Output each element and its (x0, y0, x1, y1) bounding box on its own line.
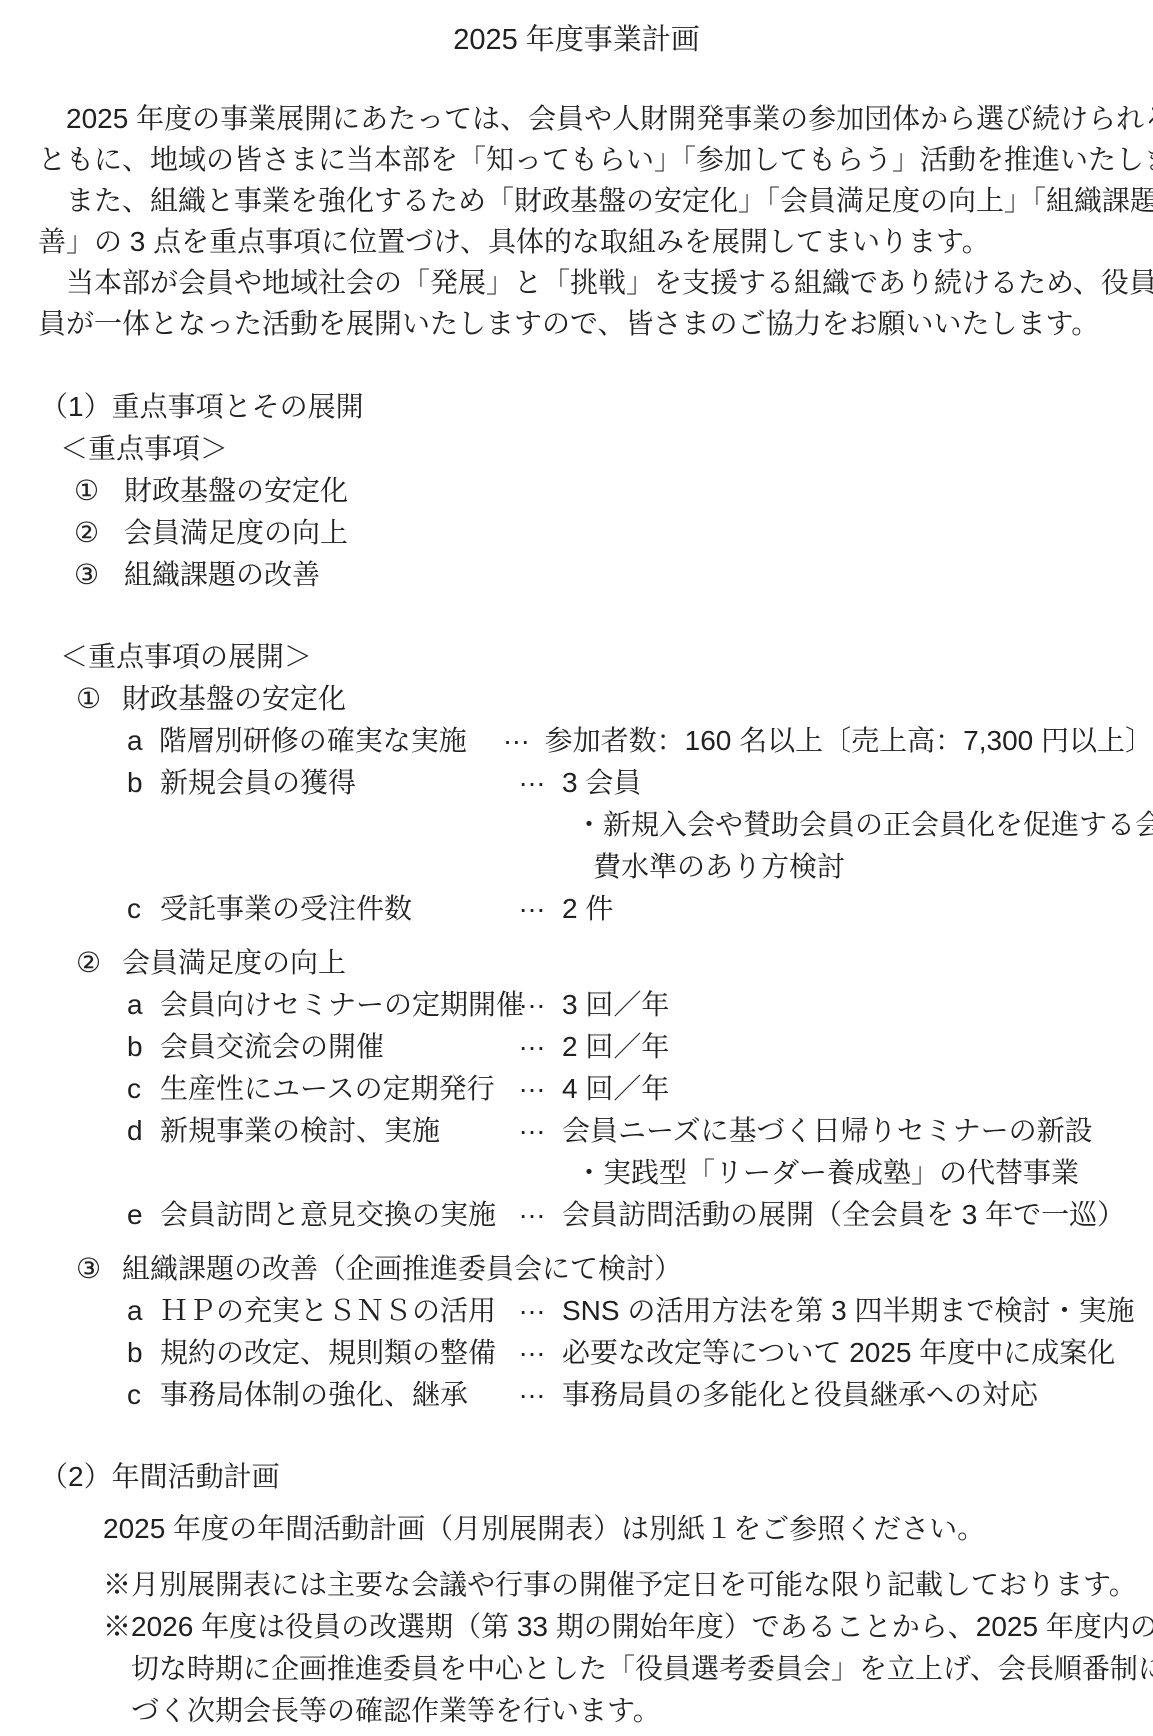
development-header: ＜重点事項の展開＞ (60, 636, 1153, 678)
plan-row: b 新規会員の獲得 … 3 会員 (127, 762, 1153, 804)
plan-row: e 会員訪問と意見交換の実施 … 会員訪問活動の展開（全会員を 3 年で一巡） (127, 1194, 1153, 1236)
paragraph-line: 員が一体となった活動を展開いたしますので、皆さまのご協力をお願いいたします。 (38, 303, 1153, 344)
row-label: 新規事業の検討、実施 (160, 1110, 518, 1152)
paragraph-line: 当本部が会員や地域社会の「発展」と「挑戦」を支援する組織であり続けるため、役員・… (38, 262, 1153, 303)
note-line: ※月別展開表には主要な会議や行事の開催予定日を可能な限り記載しております。 (103, 1564, 1153, 1606)
circled-number: ① (74, 470, 124, 512)
row-letter: a (127, 1290, 160, 1332)
leader-dots: … (518, 1020, 562, 1062)
circled-number: ② (74, 512, 124, 554)
row-letter: a (127, 984, 160, 1026)
document-page: 2025 年度事業計画 2025 年度の事業展開にあたっては、会員や人財開発事業… (0, 0, 1153, 1736)
document-title: 2025 年度事業計画 (0, 0, 1153, 58)
key-item-label: 会員満足度の向上 (124, 512, 348, 554)
plan-row: c 事務局体制の強化、継承 … 事務局員の多能化と役員継承への対応 (127, 1374, 1153, 1416)
row-label: 会員訪問と意見交換の実施 (160, 1194, 518, 1236)
plan-row: c 生産性にユースの定期発行 … 4 回／年 (127, 1068, 1153, 1110)
plan-row: d 新規事業の検討、実施 … 会員ニーズに基づく日帰りセミナーの新設 (127, 1110, 1153, 1152)
paragraph-line: 2025 年度の事業展開にあたっては、会員や人財開発事業の参加団体から選び続けら… (38, 98, 1153, 139)
row-value: 会員ニーズに基づく日帰りセミナーの新設 (562, 1110, 1153, 1152)
row-value: 2 件 (562, 888, 1153, 930)
row-value: 会員訪問活動の展開（全会員を 3 年で一巡） (562, 1194, 1153, 1236)
note-line: ※2026 年度は役員の改選期（第 33 期の開始年度）であることから、2025… (103, 1606, 1153, 1648)
circled-number: ② (76, 942, 122, 984)
group-title-label: 財政基盤の安定化 (122, 678, 346, 720)
row-value: SNS の活用方法を第 3 四半期まで検討・実施 (562, 1290, 1153, 1332)
row-letter: c (127, 1068, 160, 1110)
key-item: ② 会員満足度の向上 (74, 512, 1153, 554)
key-item-label: 財政基盤の安定化 (124, 470, 348, 512)
key-items-header: ＜重点事項＞ (60, 428, 1153, 470)
plan-row: a 会員向けセミナーの定期開催 … 3 回／年 (127, 984, 1153, 1026)
row-letter: e (127, 1194, 160, 1236)
row-value-subline: ・実践型「リーダー養成塾」の代替事業 (575, 1152, 1153, 1194)
key-item: ① 財政基盤の安定化 (74, 470, 1153, 512)
leader-dots: … (518, 1368, 562, 1410)
plan-row: a 階層別研修の確実な実施 … 参加者数：160 名以上〔売上高：7,300 円… (127, 720, 1153, 762)
note-line: 切な時期に企画推進委員を中心とした「役員選考委員会」を立上げ、会長順番制に基 (131, 1648, 1153, 1690)
key-item-label: 組織課題の改善 (124, 554, 320, 596)
row-label: 階層別研修の確実な実施 (159, 720, 503, 762)
row-letter: b (127, 1332, 160, 1374)
paragraph-line: ともに、地域の皆さまに当本部を「知ってもらい」「参加してもらう」活動を推進いたし… (38, 139, 1153, 180)
row-value: 参加者数：160 名以上〔売上高：7,300 円以上〕 (545, 720, 1153, 762)
leader-dots: … (518, 1188, 562, 1230)
row-value: 2 回／年 (562, 1026, 1153, 1068)
section-1-heading: （1）重点事項とその展開 (40, 386, 1153, 428)
row-letter: a (127, 720, 159, 762)
plan-row: c 受託事業の受注件数 … 2 件 (127, 888, 1153, 930)
row-value: 事務局員の多能化と役員継承への対応 (562, 1374, 1153, 1416)
row-letter: c (127, 888, 160, 930)
row-label: ＨＰの充実とＳＮＳの活用 (160, 1290, 518, 1332)
row-letter: b (127, 762, 160, 804)
group-title-label: 組織課題の改善（企画推進委員会にて検討） (122, 1248, 682, 1290)
leader-dots: … (518, 1284, 562, 1326)
row-value: 必要な改定等について 2025 年度中に成案化 (562, 1332, 1153, 1374)
row-label: 規約の改定、規則類の整備 (160, 1332, 518, 1374)
row-letter: d (127, 1110, 160, 1152)
row-label: 生産性にユースの定期発行 (160, 1068, 518, 1110)
leader-dots: … (518, 882, 562, 924)
leader-dots: … (518, 1062, 562, 1104)
intro-paragraphs: 2025 年度の事業展開にあたっては、会員や人財開発事業の参加団体から選び続けら… (0, 98, 1153, 344)
plan-row: a ＨＰの充実とＳＮＳの活用 … SNS の活用方法を第 3 四半期まで検討・実… (127, 1290, 1153, 1332)
row-value: 3 回／年 (562, 984, 1153, 1026)
group-title: ③ 組織課題の改善（企画推進委員会にて検討） (76, 1248, 1153, 1290)
row-label: 会員向けセミナーの定期開催 (160, 984, 518, 1026)
row-value-subline: 費水準のあり方検討 (593, 846, 1153, 888)
group-title: ① 財政基盤の安定化 (76, 678, 1153, 720)
leader-dots: … (518, 1104, 562, 1146)
group-title: ② 会員満足度の向上 (76, 942, 1153, 984)
row-letter: b (127, 1026, 160, 1068)
row-label: 事務局体制の強化、継承 (160, 1374, 518, 1416)
annex-reference-line: 2025 年度の年間活動計画（月別展開表）は別紙１をご参照ください。 (103, 1508, 1153, 1550)
row-value: 3 会員 (562, 762, 1153, 804)
row-letter: c (127, 1374, 160, 1416)
circled-number: ③ (74, 554, 124, 596)
circled-number: ① (76, 678, 122, 720)
leader-dots: … (518, 1326, 562, 1368)
leader-dots: … (502, 714, 544, 756)
note-line: づく次期会長等の確認作業等を行います。 (131, 1690, 1153, 1732)
key-item: ③ 組織課題の改善 (74, 554, 1153, 596)
row-label: 会員交流会の開催 (160, 1026, 518, 1068)
paragraph-line: 善」の 3 点を重点事項に位置づけ、具体的な取組みを展開してまいります。 (38, 221, 1153, 262)
row-label: 受託事業の受注件数 (160, 888, 518, 930)
paragraph-line: また、組織と事業を強化するため「財政基盤の安定化」「会員満足度の向上」「組織課題… (38, 180, 1153, 221)
plan-row: b 規約の改定、規則類の整備 … 必要な改定等について 2025 年度中に成案化 (127, 1332, 1153, 1374)
group-title-label: 会員満足度の向上 (122, 942, 346, 984)
leader-dots: … (518, 756, 562, 798)
row-value-subline: ・新規入会や賛助会員の正会員化を促進する会 (575, 804, 1153, 846)
section-2-heading: （2）年間活動計画 (40, 1456, 1153, 1498)
row-value: 4 回／年 (562, 1068, 1153, 1110)
circled-number: ③ (76, 1248, 122, 1290)
row-label: 新規会員の獲得 (160, 762, 518, 804)
plan-row: b 会員交流会の開催 … 2 回／年 (127, 1026, 1153, 1068)
leader-dots: … (518, 978, 562, 1020)
